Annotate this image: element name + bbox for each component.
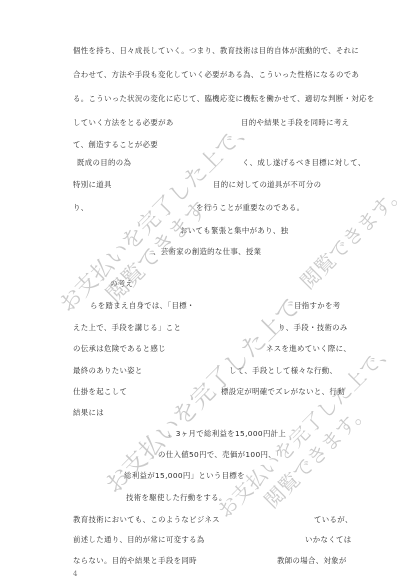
text-line: いかなくては [305, 535, 351, 544]
text-line: ならない。目的や結果と手段を同時 [73, 556, 197, 565]
text-line: て、創造することが必要 [73, 140, 158, 149]
document-page: 個性を持ち、日々成長していく。つまり、教育技術は目的自体が流動的で、それに 合わ… [0, 0, 410, 580]
text-line: り、 [73, 203, 88, 212]
text-line: 仕掛を起こして [73, 387, 127, 396]
text-line: していく方法をとる必要があ [73, 118, 174, 127]
text-line: 目的や結果と手段を同時に考え [241, 118, 349, 127]
text-line: 教育技術においても、このようなビジネス [73, 515, 220, 524]
text-line: 個性を持ち、日々成長していく。つまり、教育技術は目的自体が流動的で、それに [73, 46, 359, 55]
text-line: 技術を駆使した行動をする。 [126, 493, 227, 502]
text-line: 教師の場合、対象が [277, 556, 347, 565]
text-line: ているが、 [314, 515, 353, 524]
text-line: 既成の目的の為 [77, 158, 131, 167]
text-line: 最終のありたい姿と [73, 366, 143, 375]
text-line: 前述した通り、目的が常に可変する為 [73, 535, 205, 544]
text-line: る。こういった状況の変化に応じて、臨機応変に機転を働かせて、適切な判断・対応を [73, 94, 375, 103]
text-line: 特別に道具 [73, 180, 112, 189]
text-line: 合わせて、方法や手段も変化していく必要がある為、こういった性格になるのであ [73, 70, 359, 79]
page-number: 4 [73, 570, 77, 578]
text-line: ネスを進めていく際に、 [266, 344, 351, 353]
text-line: 結果には [73, 408, 104, 417]
text-line: の伝承は危険であると感じ [73, 344, 166, 353]
